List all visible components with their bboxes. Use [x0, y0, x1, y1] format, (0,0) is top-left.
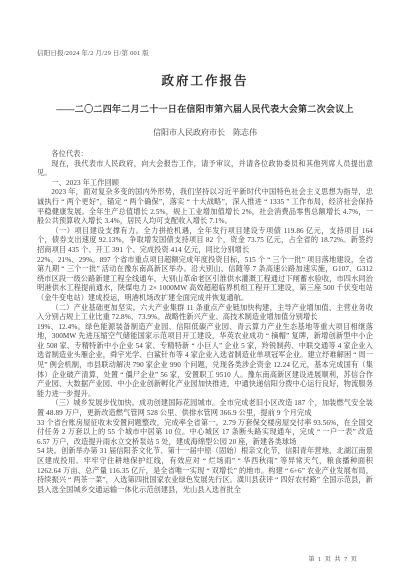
- document-page: 信阳日报/2024 年/2 月/29 日/第 001 版 政府工作报告 ——二〇…: [0, 0, 410, 580]
- page-title: 政府工作报告: [37, 71, 373, 89]
- paragraph: 2023 年，面对复杂多变的国内外形势，我们坚持以习近平新时代中国特色社会主义思…: [37, 188, 373, 226]
- page-subtitle: ——二〇二四年二月二十一日在信阳市第六届人民代表大会第二次会议上: [37, 102, 373, 115]
- section-heading: 一、2023 年工作回顾: [37, 179, 373, 189]
- intro-paragraph: 现在，我代表市人民政府，向大会报告工作，请予审议，并请各位政协委员和其他列席人员…: [37, 160, 373, 179]
- masthead: 信阳日报/2024 年/2 月/29 日/第 001 版: [37, 48, 373, 57]
- paragraph: （三）城乡发展步伐加快。成功创建国际花园城市。全市完成老旧小区改造 187 个，…: [37, 399, 373, 495]
- salutation: 各位代表：: [37, 150, 373, 160]
- paragraph: （二）产业基础更加坚实。六大产业集群 11 条重点产业链加快构建，主导产业增加值…: [37, 304, 373, 400]
- document-body: 各位代表： 现在，我代表市人民政府，向大会报告工作，请予审议，并请各位政协委员和…: [37, 150, 373, 495]
- page-number: 第 1 页 共 7 页: [308, 554, 358, 563]
- paragraph: （一）项目建设支撑有力。全力拼抢机遇，全年发行项目建设专项债 119.86 亿元…: [37, 227, 373, 304]
- byline: 信阳市人民政府市长 陈志伟: [37, 127, 373, 138]
